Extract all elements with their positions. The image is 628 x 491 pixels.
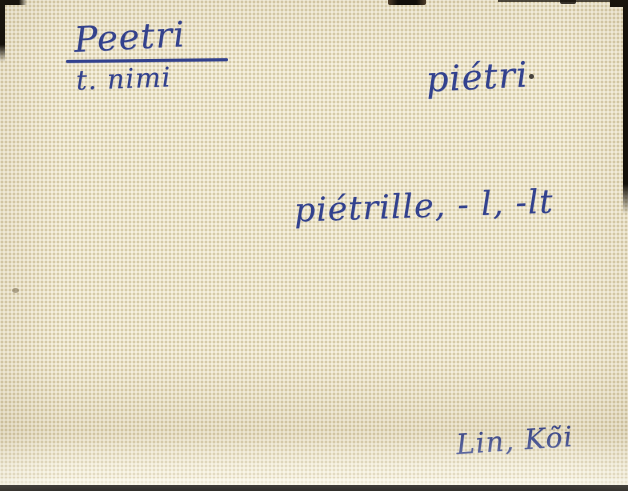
- index-card: Peetri t. nimi piétri piétrille, - l, -l…: [0, 0, 628, 491]
- inflected-forms-text: piétrille, - l, -lt: [293, 181, 554, 229]
- paper-smudge: [12, 288, 19, 293]
- scan-edge-left-top: [0, 0, 5, 62]
- scan-edge-bottom-highlight: [0, 478, 628, 485]
- scan-edge-top-middle: [388, 0, 426, 5]
- scan-edge-top-right-corner: [610, 0, 628, 7]
- headword-text: Peetri: [73, 15, 186, 61]
- dialect-form-text: piétri: [425, 55, 529, 100]
- ink-speck: [529, 74, 534, 79]
- headword-label-text: t. nimi: [75, 62, 171, 96]
- scan-edge-top-right-bump: [560, 0, 576, 4]
- sources-text: Lin, Kõi: [455, 420, 574, 461]
- scan-edge-right: [623, 0, 628, 214]
- scan-edge-bottom: [0, 485, 628, 491]
- scan-edge-top-right-line: [498, 0, 628, 2]
- scan-edge-top-left: [0, 0, 27, 5]
